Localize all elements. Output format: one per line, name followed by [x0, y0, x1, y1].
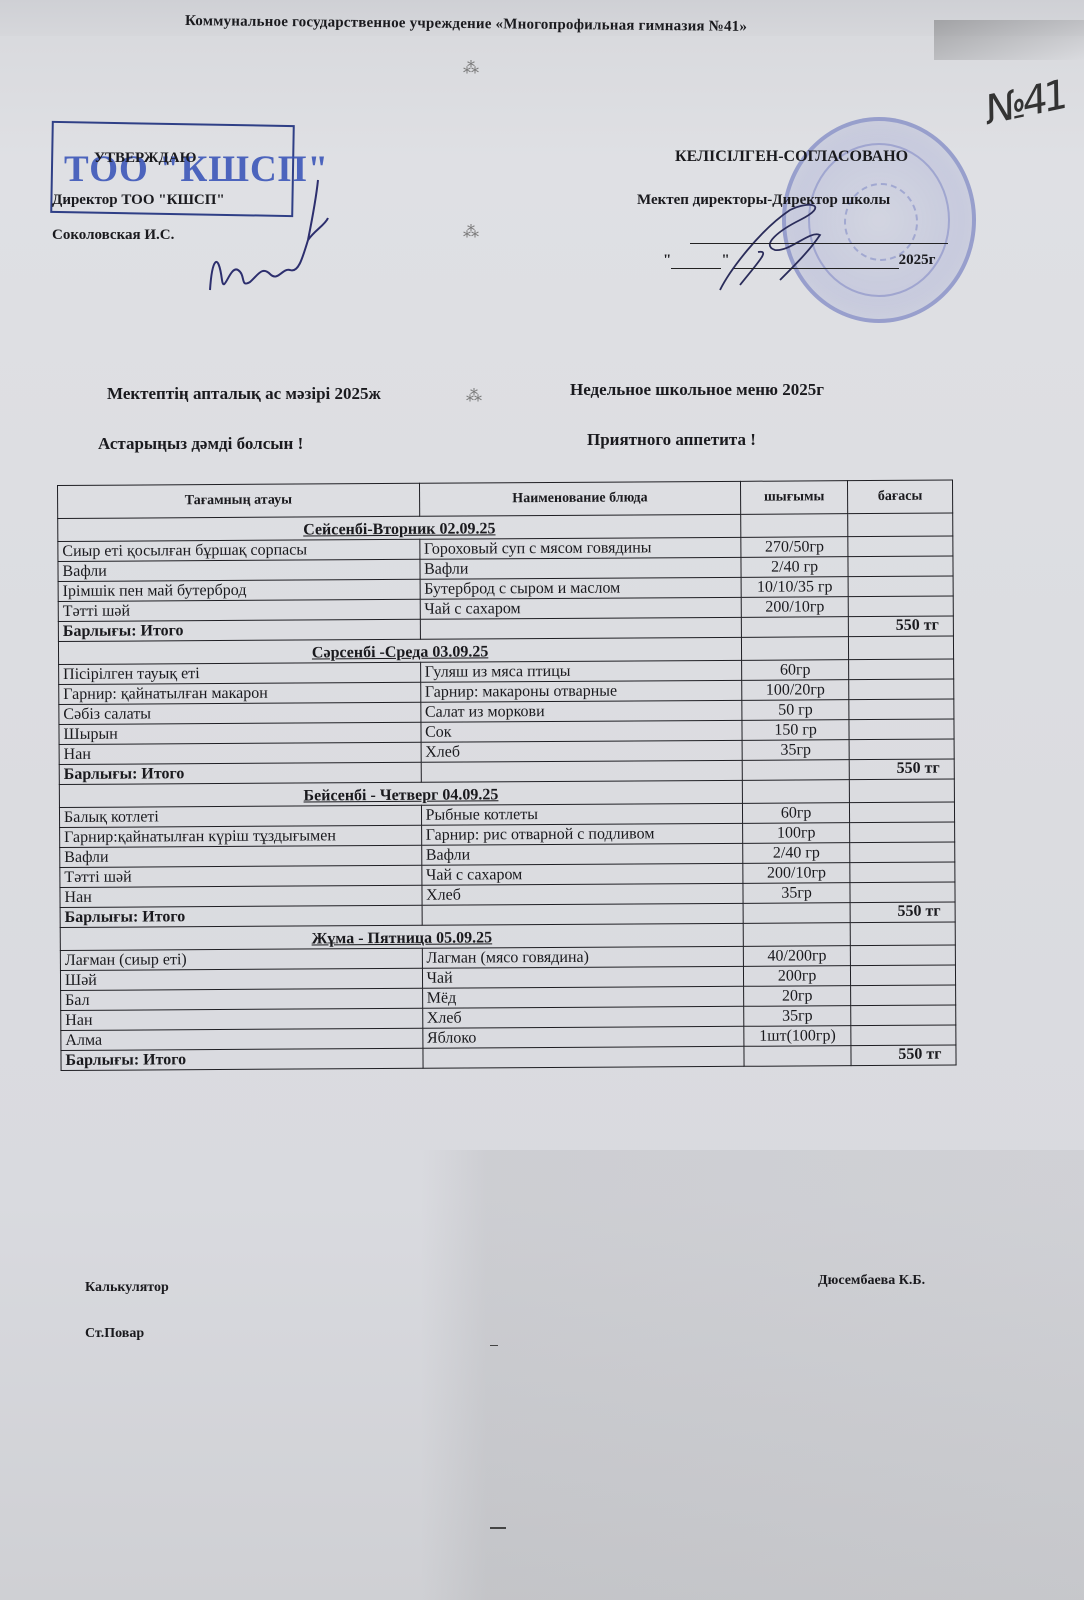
dish-name-ru: Чай: [422, 966, 744, 988]
empty-cell: [850, 822, 955, 843]
appetite-ru: Приятного аппетита !: [587, 430, 756, 450]
ink-speck-icon: ⁂: [463, 58, 479, 78]
dish-name-kz: Лағман (сиыр еті): [60, 948, 422, 970]
empty-cell: [850, 802, 955, 823]
dish-name-ru: Вафли: [421, 843, 743, 865]
empty-cell: [742, 780, 849, 804]
empty-cell: [743, 903, 850, 924]
dish-name-ru: Яблоко: [422, 1026, 744, 1048]
empty-cell: [742, 760, 849, 781]
dish-name-ru: Хлеб: [422, 1006, 744, 1028]
empty-cell: [848, 556, 953, 577]
header-name-ru: Наименование блюда: [419, 481, 741, 516]
dish-yield: 200/10гр: [741, 597, 848, 618]
dish-name-kz: Тәтті шәй: [60, 865, 422, 887]
calculator-name: Дюсембаева К.Б.: [818, 1273, 925, 1289]
empty-cell: [849, 719, 954, 740]
empty-cell: [850, 862, 955, 883]
menu-title-ru: Недельное школьное меню 2025г: [570, 380, 824, 400]
dish-name-kz: Гарнир:қайнатылған күріш тұздығымен: [60, 825, 422, 847]
empty-cell: [848, 513, 953, 537]
empty-cell: [849, 739, 954, 760]
dish-yield: 100/20гр: [742, 680, 849, 701]
dish-name-kz: Шәй: [60, 968, 422, 990]
dish-yield: 50 гр: [742, 700, 849, 721]
ink-speck-icon: ⁂: [463, 222, 479, 242]
dish-yield: 40/200гр: [743, 946, 850, 967]
dish-yield: 60гр: [742, 660, 849, 681]
dish-name-ru: Гороховый суп с мясом говядины: [419, 537, 741, 559]
day-blank: [671, 254, 721, 269]
empty-cell: [743, 923, 850, 947]
empty-cell: [851, 965, 956, 986]
day-title: Жұма - Пятница 05.09.25: [312, 929, 493, 947]
empty-cell: [420, 617, 742, 639]
header-price: бағасы: [848, 480, 953, 514]
empty-cell: [851, 1025, 956, 1046]
date-line: ""2025г: [663, 252, 935, 269]
day-price: 550 тг: [851, 1045, 956, 1066]
approve-label: УТВЕРЖДАЮ: [94, 150, 197, 167]
school-director-signature-icon: [700, 190, 850, 300]
dish-name-kz: Алма: [61, 1028, 423, 1050]
empty-cell: [849, 779, 954, 803]
dish-yield: 100гр: [743, 823, 850, 844]
total-label: Барлығы: Итого: [60, 905, 422, 927]
dish-name-kz: Ірімшік пен май бутерброд: [58, 579, 420, 601]
dish-yield: 270/50гр: [741, 537, 848, 558]
empty-cell: [742, 637, 849, 661]
dish-name-kz: Сиыр еті қосылған бұршақ сорпасы: [58, 539, 420, 561]
empty-cell: [851, 1005, 956, 1026]
menu-table-body: Сейсенбі-Вторник 02.09.25Сиыр еті қосылғ…: [58, 513, 956, 1070]
empty-cell: [848, 596, 953, 617]
header-yield: шығымы: [741, 481, 848, 515]
dish-name-kz: Балық котлеті: [59, 805, 421, 827]
dish-name-kz: Тәтті шәй: [58, 599, 420, 621]
header-name-kz: Тағамның атауы: [58, 483, 420, 518]
mark-dash: [490, 1527, 506, 1529]
dish-yield: 20гр: [744, 986, 851, 1007]
dish-yield: 1шт(100гр): [744, 1026, 851, 1047]
empty-cell: [849, 699, 954, 720]
table-header-row: Тағамның атауы Наименование блюда шығымы…: [58, 480, 953, 518]
dish-yield: 35гр: [742, 740, 849, 761]
total-label: Барлығы: Итого: [59, 762, 421, 784]
dish-name-ru: Хлеб: [421, 740, 743, 762]
dish-name-ru: Бутерброд с сыром и маслом: [420, 577, 742, 599]
day-price: 550 тг: [848, 616, 953, 637]
dish-name-kz: Вафли: [58, 559, 420, 581]
ink-speck-icon: ⁂: [466, 386, 482, 406]
dish-name-ru: Лагман (мясо говядина): [422, 946, 744, 968]
dish-name-kz: Нан: [60, 885, 422, 907]
director-title: Директор ТОО "КШСП": [52, 192, 225, 209]
shadow-area: [420, 1150, 1084, 1600]
total-label: Барлығы: Итого: [58, 619, 420, 641]
menu-table: Тағамның атауы Наименование блюда шығымы…: [57, 480, 957, 1071]
dish-name-kz: Шырын: [59, 722, 421, 744]
cook-label: Ст.Повар: [85, 1326, 144, 1342]
empty-cell: [422, 903, 744, 925]
empty-cell: [423, 1046, 745, 1068]
menu-title-kz: Мектептің апталық ас мәзірі 2025ж: [107, 384, 381, 404]
empty-cell: [741, 617, 848, 638]
empty-cell: [849, 636, 954, 660]
paper-corner-shadow: [934, 20, 1084, 60]
day-title: Бейсенбі - Четверг 04.09.25: [303, 786, 498, 804]
director-name: Соколовская И.С.: [52, 227, 174, 244]
empty-cell: [848, 536, 953, 557]
empty-cell: [849, 659, 954, 680]
dish-name-kz: Пісірілген тауық еті: [59, 662, 421, 684]
dish-name-kz: Нан: [59, 742, 421, 764]
empty-cell: [850, 842, 955, 863]
dish-name-ru: Рыбные котлеты: [421, 803, 743, 825]
dish-name-ru: Хлеб: [422, 883, 744, 905]
dish-name-kz: Гарнир: қайнатылған макарон: [59, 682, 421, 704]
calculator-label: Калькулятор: [85, 1280, 169, 1296]
empty-cell: [850, 882, 955, 903]
dish-name-ru: Сок: [421, 720, 743, 742]
empty-cell: [848, 576, 953, 597]
dish-yield: 2/40 гр: [743, 843, 850, 864]
day-title: Сейсенбі-Вторник 02.09.25: [303, 520, 495, 538]
date-close-quote: ": [721, 252, 729, 268]
day-title: Сәрсенбі -Среда 03.09.25: [312, 643, 488, 661]
day-price: 550 тг: [849, 759, 954, 780]
dish-yield: 150 гр: [742, 720, 849, 741]
dish-name-ru: Гуляш из мяса птицы: [420, 660, 742, 682]
dish-yield: 10/10/35 гр: [741, 577, 848, 598]
empty-cell: [849, 679, 954, 700]
dish-name-kz: Бал: [61, 988, 423, 1010]
dish-name-ru: Гарнир: макароны отварные: [420, 680, 742, 702]
dish-yield: 35гр: [744, 1006, 851, 1027]
dish-name-kz: Нан: [61, 1008, 423, 1030]
dish-name-ru: Мёд: [422, 986, 744, 1008]
dish-name-ru: Салат из моркови: [420, 700, 742, 722]
dish-yield: 35гр: [743, 883, 850, 904]
dish-name-ru: Вафли: [420, 557, 742, 579]
date-year: 2025г: [899, 252, 936, 268]
dish-name-ru: Чай с сахаром: [420, 597, 742, 619]
empty-cell: [851, 985, 956, 1006]
empty-cell: [850, 922, 955, 946]
agreed-label: КЕЛІСІЛГЕН-СОГЛАСОВАНО: [675, 148, 908, 166]
date-open-quote: ": [663, 252, 671, 268]
director-signature-icon: [200, 170, 340, 300]
total-label: Барлығы: Итого: [61, 1048, 423, 1070]
empty-cell: [744, 1046, 851, 1067]
empty-cell: [421, 760, 743, 782]
dish-yield: 60гр: [743, 803, 850, 824]
day-price: 550 тг: [850, 902, 955, 923]
empty-cell: [741, 514, 848, 538]
mark-dash: [490, 1345, 498, 1346]
signature-line: [690, 243, 948, 244]
dish-yield: 200/10гр: [743, 863, 850, 884]
appetite-kz: Астарыңыз дәмді болсын !: [98, 434, 303, 454]
dish-yield: 2/40 гр: [741, 557, 848, 578]
dish-yield: 200гр: [744, 966, 851, 987]
empty-cell: [850, 945, 955, 966]
dish-name-kz: Вафли: [60, 845, 422, 867]
dish-name-ru: Гарнир: рис отварной с подливом: [421, 823, 743, 845]
month-blank: [734, 254, 899, 269]
dish-name-kz: Сәбіз салаты: [59, 702, 421, 724]
dish-name-ru: Чай с сахаром: [421, 863, 743, 885]
